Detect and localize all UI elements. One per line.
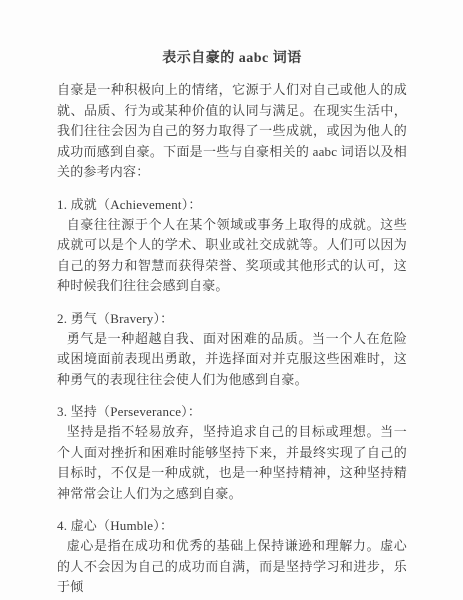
screenshot-root: { "document": { "title": "表示自豪的 aabc 词语"… — [0, 0, 463, 600]
intro-paragraph: 自豪是一种积极向上的情绪，它源于人们对自己或他人的成就、品质、行为或某种价值的认… — [57, 80, 407, 183]
section-paragraph: 自豪往往源于个人在某个领域或事务上取得的成就。这些成就可以是个人的学术、职业或社… — [57, 215, 407, 297]
section-heading: 3. 坚持（Perseverance）： — [57, 401, 407, 422]
section-heading: 4. 虚心（Humble）： — [57, 515, 407, 536]
section-heading: 2. 勇气（Bravery）： — [57, 308, 407, 329]
section-paragraph: 虚心是指在成功和优秀的基础上保持谦逊和理解力。虚心的人不会因为自己的成功而自满，… — [57, 536, 407, 598]
page-title: 表示自豪的 aabc 词语 — [57, 48, 407, 70]
section-bravery: 2. 勇气（Bravery）： 勇气是一种超越自我、面对困难的品质。当一个人在危… — [57, 308, 407, 391]
section-perseverance: 3. 坚持（Perseverance）： 坚持是指不轻易放弃，坚持追求自己的目标… — [57, 401, 407, 504]
document-page: 表示自豪的 aabc 词语 自豪是一种积极向上的情绪，它源于人们对自己或他人的成… — [0, 0, 463, 600]
section-paragraph: 勇气是一种超越自我、面对困难的品质。当一个人在危险或困境面前表现出勇敢，并选择面… — [57, 329, 407, 391]
section-heading: 1. 成就（Achievement）： — [57, 194, 407, 215]
section-humble: 4. 虚心（Humble）： 虚心是指在成功和优秀的基础上保持谦逊和理解力。虚心… — [57, 515, 407, 598]
section-paragraph: 坚持是指不轻易放弃，坚持追求自己的目标或理想。当一个人面对挫折和困难时能够坚持下… — [57, 422, 407, 504]
section-achievement: 1. 成就（Achievement）： 自豪往往源于个人在某个领域或事务上取得的… — [57, 194, 407, 297]
